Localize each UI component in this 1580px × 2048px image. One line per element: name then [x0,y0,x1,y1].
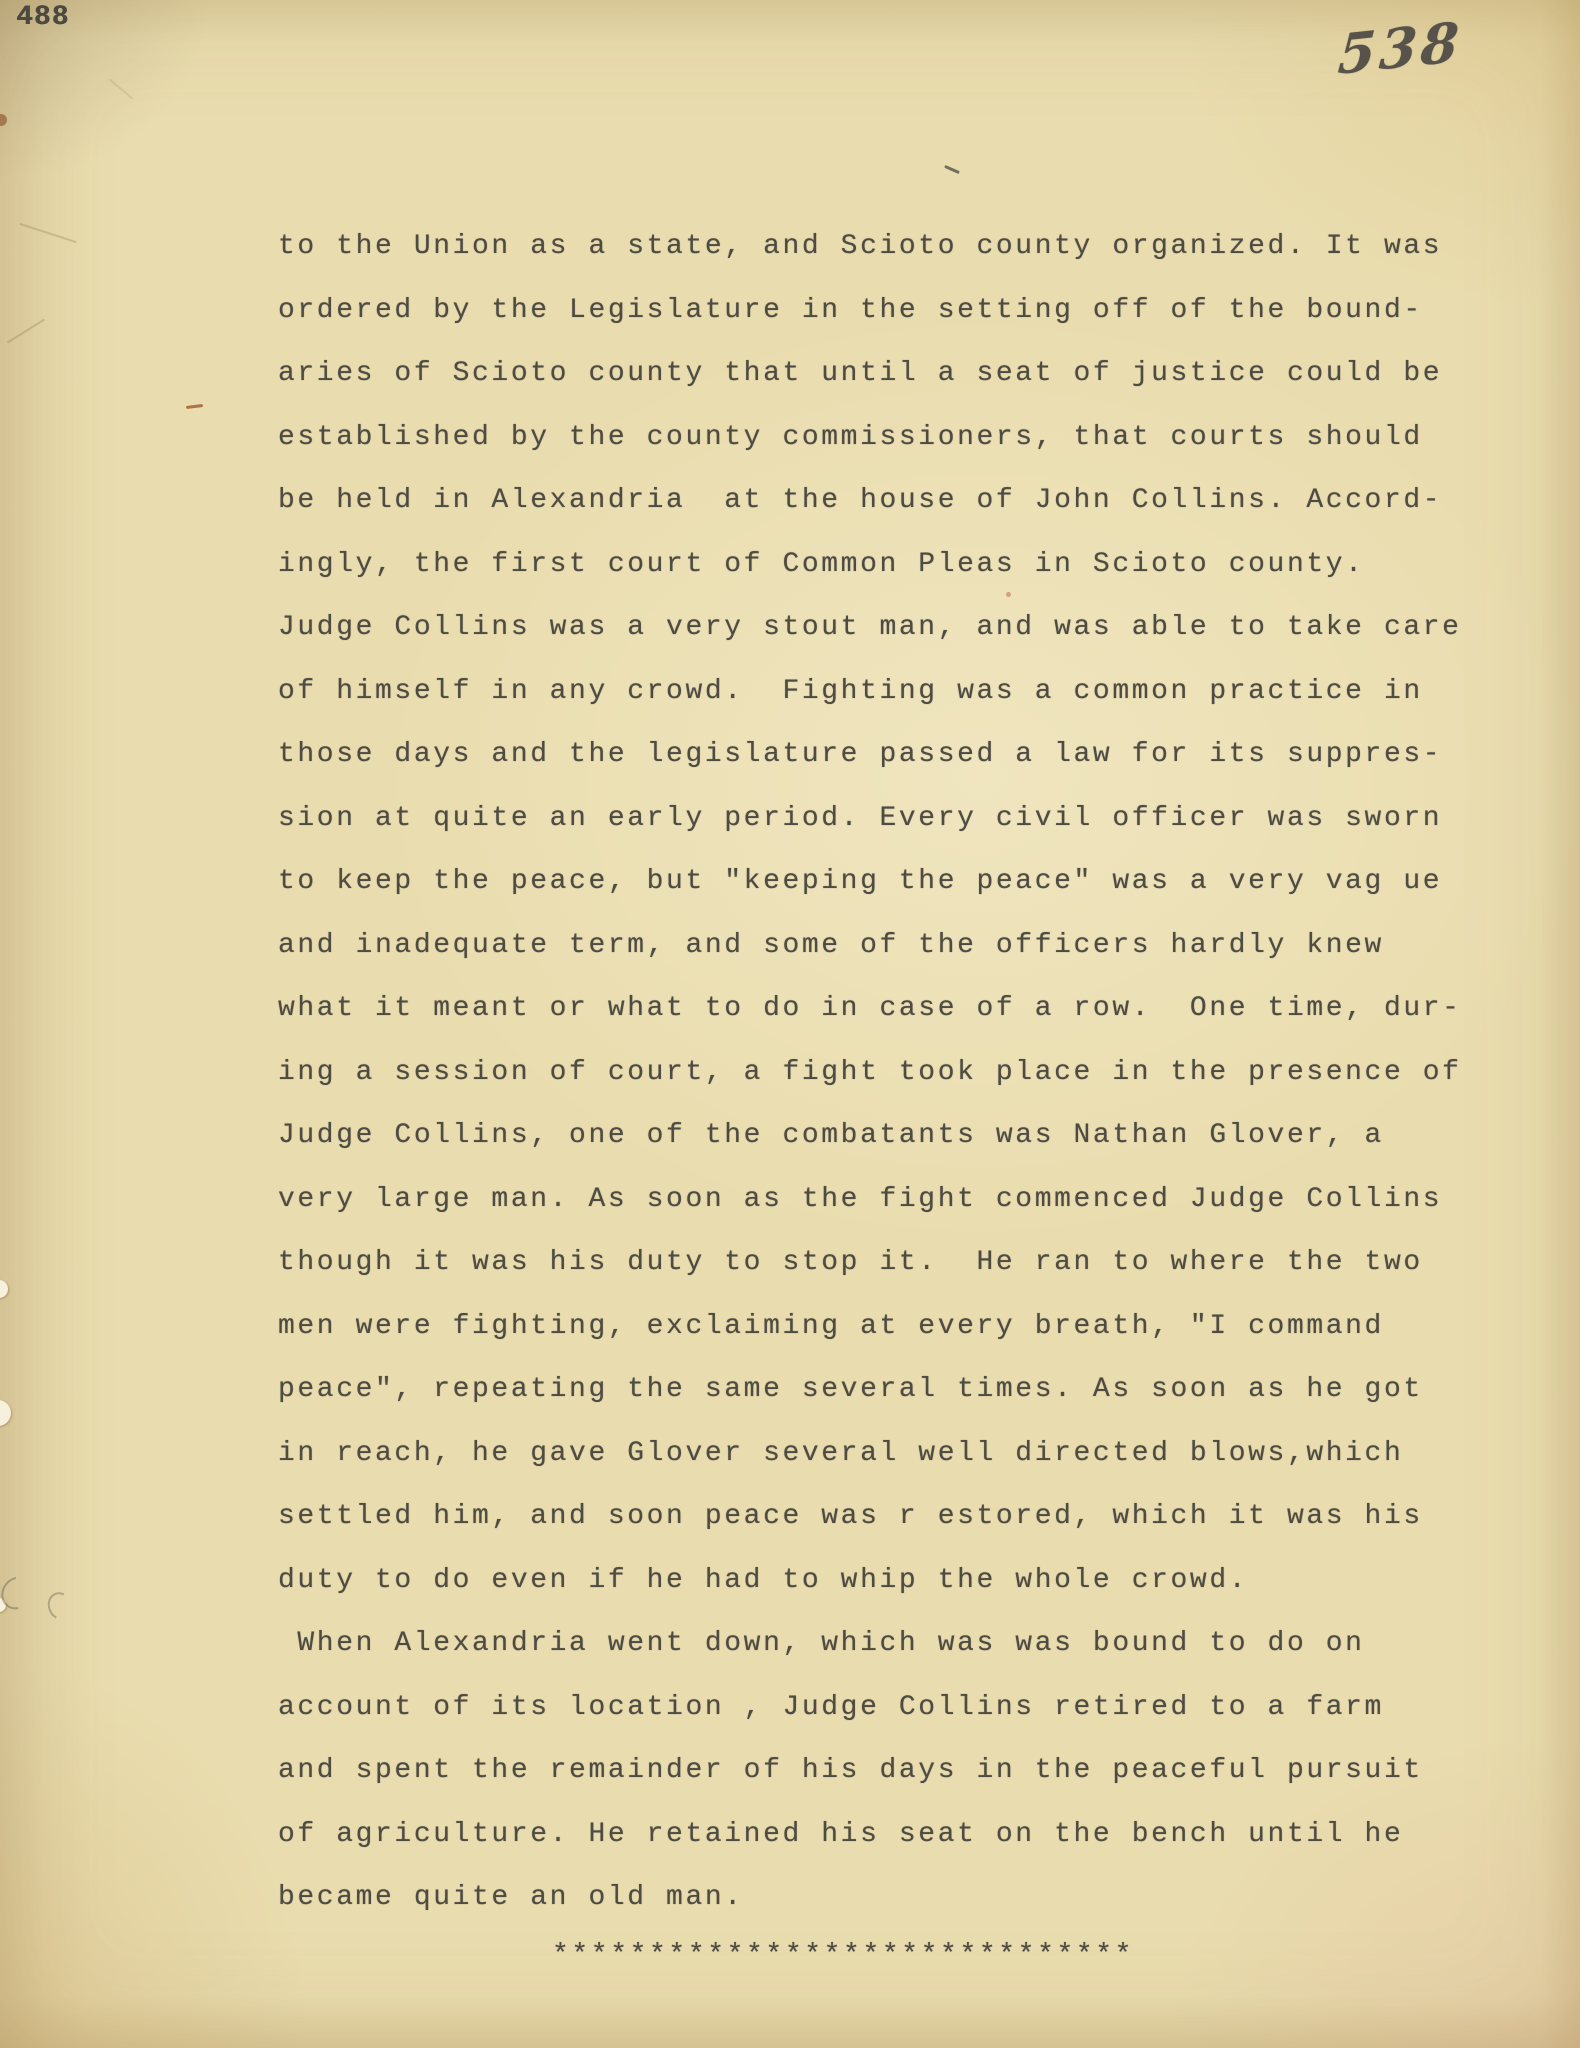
text-line: and spent the remainder of his days in t… [278,1739,1508,1803]
text-line: what it meant or what to do in case of a… [278,977,1508,1041]
paper-crease [7,318,45,343]
text-line: established by the county commissioners,… [278,406,1508,470]
text-line: ing a session of court, a fight took pla… [278,1041,1508,1105]
text-line: men were fighting, exclaiming at every b… [278,1295,1508,1359]
pencil-squiggle [0,1570,39,1615]
text-line: though it was his duty to stop it. He ra… [278,1231,1508,1295]
text-line: in reach, he gave Glover several well di… [278,1422,1508,1486]
torn-edge-chip [0,1280,8,1298]
page-number-typed: 488 [16,2,69,33]
typed-text-body: to the Union as a state, and Scioto coun… [278,215,1508,1930]
text-line: peace", repeating the same several times… [278,1358,1508,1422]
asterisk-separator: ****************************** [552,1936,1134,1976]
paper-crease [19,223,77,243]
text-line: settled him, and soon peace was r estore… [278,1485,1508,1549]
paper-crease [109,79,133,100]
text-line: of himself in any crowd. Fighting was a … [278,660,1508,724]
text-line: became quite an old man. [278,1866,1508,1930]
page-number-handwritten: 538 [1336,9,1465,87]
text-line: to the Union as a state, and Scioto coun… [278,215,1508,279]
text-line: ordered by the Legislature in the settin… [278,279,1508,343]
edge-stain [0,114,7,126]
text-line: to keep the peace, but "keeping the peac… [278,850,1508,914]
text-line: When Alexandria went down, which was was… [278,1612,1508,1676]
text-line: be held in Alexandria at the house of Jo… [278,469,1508,533]
text-line: those days and the legislature passed a … [278,723,1508,787]
text-line: aries of Scioto county that until a seat… [278,342,1508,406]
text-line: very large man. As soon as the fight com… [278,1168,1508,1232]
torn-edge-chip [0,1400,11,1426]
text-line: duty to do even if he had to whip the wh… [278,1549,1508,1613]
ink-speck [1006,592,1011,597]
text-line: account of its location , Judge Collins … [278,1676,1508,1740]
text-line: and inadequate term, and some of the off… [278,914,1508,978]
scanned-document-page: 488 538 to the Union as a state, and Sci… [0,0,1580,2048]
pencil-squiggle [44,1589,76,1624]
red-pencil-dash [186,404,203,409]
text-line: Judge Collins, one of the combatants was… [278,1104,1508,1168]
text-line: ingly, the first court of Common Pleas i… [278,533,1508,597]
stray-ink-tick [944,165,960,174]
text-line: of agriculture. He retained his seat on … [278,1803,1508,1867]
text-line: Judge Collins was a very stout man, and … [278,596,1508,660]
text-line: sion at quite an early period. Every civ… [278,787,1508,851]
